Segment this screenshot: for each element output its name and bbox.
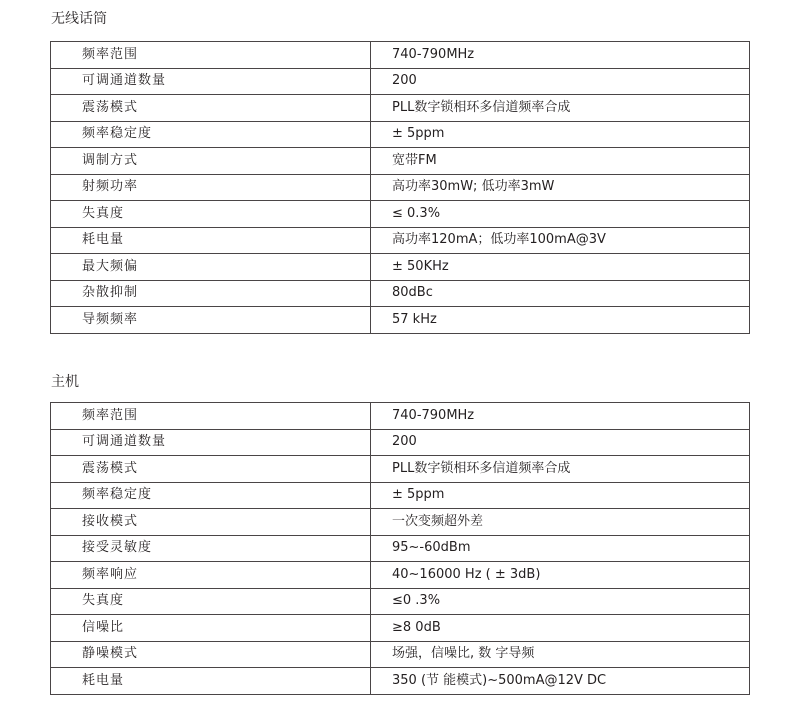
section-title-host-unit: 主机: [51, 374, 79, 390]
spec-label: 可调通道数量: [51, 68, 371, 95]
spec-label: 静噪模式: [51, 641, 371, 668]
table-row: 频率响应 40~16000 Hz ( ± 3dB): [51, 562, 750, 589]
spec-value: ≥8 0dB: [371, 615, 750, 642]
spec-label: 频率范围: [51, 403, 371, 430]
spec-value: 宽带FM: [371, 148, 750, 175]
spec-label: 失真度: [51, 201, 371, 228]
spec-label: 耗电量: [51, 668, 371, 695]
table-row: 调制方式 宽带FM: [51, 148, 750, 175]
spec-label: 耗电量: [51, 227, 371, 254]
table-row: 接受灵敏度 95~-60dBm: [51, 535, 750, 562]
spec-value: ≤ 0.3%: [371, 201, 750, 228]
spec-label: 接受灵敏度: [51, 535, 371, 562]
spec-value: ± 50KHz: [371, 254, 750, 281]
spec-label: 可调通道数量: [51, 429, 371, 456]
table-row: 可调通道数量 200: [51, 429, 750, 456]
spec-label: 频率范围: [51, 42, 371, 69]
spec-value: 350 (节 能模式)~500mA@12V DC: [371, 668, 750, 695]
table-row: 失真度 ≤0 .3%: [51, 588, 750, 615]
spec-value: ≤0 .3%: [371, 588, 750, 615]
table-row: 导频频率 57 kHz: [51, 307, 750, 334]
spec-label: 震荡模式: [51, 95, 371, 122]
table-row: 频率范围 740-790MHz: [51, 42, 750, 69]
spec-table-wireless-mic: 频率范围 740-790MHz 可调通道数量 200 震荡模式 PLL数字锁相环…: [50, 41, 750, 334]
table-row: 静噪模式 场强，信噪比, 数 字导频: [51, 641, 750, 668]
table-row: 频率范围 740-790MHz: [51, 403, 750, 430]
spec-label: 震荡模式: [51, 456, 371, 483]
spec-label: 杂散抑制: [51, 280, 371, 307]
spec-value: 一次变频超外差: [371, 509, 750, 536]
table-row: 频率稳定度 ± 5ppm: [51, 121, 750, 148]
table-row: 失真度 ≤ 0.3%: [51, 201, 750, 228]
spec-value: 高功率30mW; 低功率3mW: [371, 174, 750, 201]
spec-label: 最大频偏: [51, 254, 371, 281]
spec-value: 740-790MHz: [371, 42, 750, 69]
spec-value: PLL数字锁相环多信道频率合成: [371, 456, 750, 483]
table-row: 震荡模式 PLL数字锁相环多信道频率合成: [51, 95, 750, 122]
spec-table-host-unit: 频率范围 740-790MHz 可调通道数量 200 震荡模式 PLL数字锁相环…: [50, 402, 750, 695]
section-title-wireless-mic: 无线话筒: [51, 11, 107, 27]
spec-value: PLL数字锁相环多信道频率合成: [371, 95, 750, 122]
table-row: 震荡模式 PLL数字锁相环多信道频率合成: [51, 456, 750, 483]
spec-label: 射频功率: [51, 174, 371, 201]
spec-label: 信噪比: [51, 615, 371, 642]
spec-label: 导频频率: [51, 307, 371, 334]
table-row: 最大频偏 ± 50KHz: [51, 254, 750, 281]
table-row: 信噪比 ≥8 0dB: [51, 615, 750, 642]
spec-label: 失真度: [51, 588, 371, 615]
table-row: 频率稳定度 ± 5ppm: [51, 482, 750, 509]
spec-value: 200: [371, 68, 750, 95]
table-row: 杂散抑制 80dBc: [51, 280, 750, 307]
spec-value: 95~-60dBm: [371, 535, 750, 562]
spec-label: 接收模式: [51, 509, 371, 536]
spec-value: 200: [371, 429, 750, 456]
spec-value: ± 5ppm: [371, 482, 750, 509]
spec-label: 调制方式: [51, 148, 371, 175]
spec-value: 80dBc: [371, 280, 750, 307]
spec-value: 57 kHz: [371, 307, 750, 334]
spec-label: 频率响应: [51, 562, 371, 589]
spec-value: 40~16000 Hz ( ± 3dB): [371, 562, 750, 589]
table-row: 耗电量 高功率120mA；低功率100mA@3V: [51, 227, 750, 254]
spec-value: 740-790MHz: [371, 403, 750, 430]
table-row: 耗电量 350 (节 能模式)~500mA@12V DC: [51, 668, 750, 695]
spec-value: ± 5ppm: [371, 121, 750, 148]
spec-value: 场强，信噪比, 数 字导频: [371, 641, 750, 668]
spec-label: 频率稳定度: [51, 121, 371, 148]
table-row: 接收模式 一次变频超外差: [51, 509, 750, 536]
spec-label: 频率稳定度: [51, 482, 371, 509]
table-row: 射频功率 高功率30mW; 低功率3mW: [51, 174, 750, 201]
spec-value: 高功率120mA；低功率100mA@3V: [371, 227, 750, 254]
table-row: 可调通道数量 200: [51, 68, 750, 95]
